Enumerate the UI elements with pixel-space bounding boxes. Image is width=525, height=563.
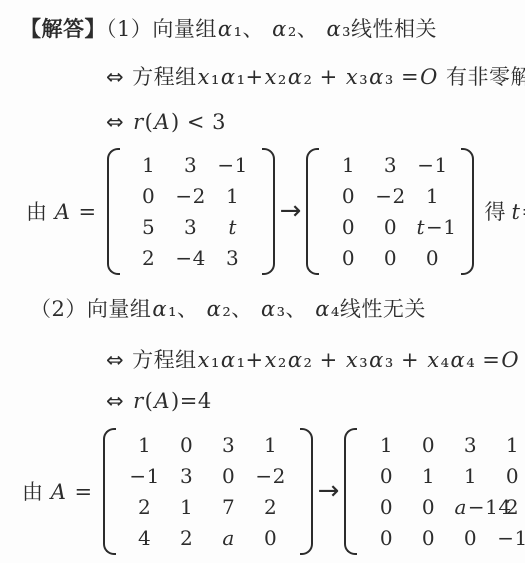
equiv2-label: 方程组 [132, 348, 197, 372]
equiv1-suffix: 有非零解 [446, 65, 525, 89]
iff-icon: ⇔ [106, 348, 124, 372]
matrix-cell: 0 [407, 495, 449, 519]
matrix-reduced-grid: 13−10−2100t−1000 [319, 148, 461, 275]
left-paren-icon [107, 148, 120, 275]
matrix-cell: 7 [208, 495, 250, 519]
section1-vector-list: α₁、 α₂、 α₃ [217, 17, 351, 41]
matrix-cell: −4 [170, 246, 212, 270]
row-reduce-arrow-icon: → [280, 196, 302, 226]
matrix-cell: 0 [369, 246, 411, 270]
matrix-original: 13−10−2153t2−43 [107, 148, 275, 275]
matrix-cell: −2 [369, 184, 411, 208]
matrix-cell: 2 [491, 495, 525, 519]
left-paren-icon [103, 428, 116, 555]
matrix-cell: 1 [250, 433, 292, 457]
right-paren-icon [461, 148, 474, 275]
section2-equiv1: ⇔方程组x₁α₁+x₂α₂ + x₃α₃ + x₄α₄ =O 只有零解 [106, 344, 525, 374]
solution-tag: 【解答】 [20, 16, 106, 41]
section2-matrix-line: 由 A = 1031−130−2217242a0 → 1031011000a−1… [22, 428, 525, 554]
matrix-original-grid: 1031−130−2217242a0 [116, 428, 300, 555]
section2-number: （2）向量组 [30, 297, 151, 321]
matrix-cell: 1 [124, 433, 166, 457]
section2-vector-list: α₁、 α₂、 α₃、 α₄ [151, 297, 339, 321]
section1-number: （1）向量组 [106, 17, 217, 41]
iff-icon: ⇔ [106, 110, 124, 134]
matrix-lhs: A = [50, 480, 93, 504]
matrix-lhs: A = [54, 200, 97, 224]
right-paren-icon [300, 428, 313, 555]
matrix-cell: 0 [128, 184, 170, 208]
matrix-cell: 0 [411, 246, 453, 270]
matrix-cell: t−1 [411, 215, 453, 239]
matrix-cell: 0 [407, 433, 449, 457]
equiv2-equation: x₁α₁+x₂α₂ + x₃α₃ + x₄α₄ =O [197, 348, 521, 372]
matrix-cell: −1 [491, 526, 525, 550]
matrix-cell: 0 [250, 526, 292, 550]
matrix-cell: 3 [449, 433, 491, 457]
matrix-cell: 0 [491, 464, 525, 488]
matrix-cell: 3 [170, 153, 212, 177]
matrix-cell: 3 [166, 464, 208, 488]
matrix-cell: −1 [212, 153, 254, 177]
matrix-cell: 3 [208, 433, 250, 457]
matrix-original: 1031−130−2217242a0 [103, 428, 313, 555]
matrix-cell: 0 [407, 526, 449, 550]
matrix-cell: a [208, 526, 250, 550]
iff-icon: ⇔ [106, 65, 124, 89]
matrix-cell: 4 [124, 526, 166, 550]
matrix-cell: 1 [407, 464, 449, 488]
matrix-cell: 0 [365, 526, 407, 550]
matrix-cell: 1 [128, 153, 170, 177]
section1-matrix-line: 由 A = 13−10−2153t2−43 → 13−10−2100t−1000… [26, 153, 525, 269]
matrix-cell: −2 [170, 184, 212, 208]
section2-heading: （2）向量组α₁、 α₂、 α₃、 α₄线性无关 [30, 293, 426, 323]
matrix-cell: 0 [327, 215, 369, 239]
matrix-cell: 1 [365, 433, 407, 457]
matrix-cell: 1 [327, 153, 369, 177]
right-paren-icon [262, 148, 275, 275]
matrix-cell: 0 [449, 526, 491, 550]
matrix-cell: 1 [212, 184, 254, 208]
matrix-cell: 0 [369, 215, 411, 239]
matrix-reduced: 1031011000a−142000−1 [344, 428, 525, 555]
section1-heading: 【解答】（1）向量组α₁、 α₂、 α₃线性相关 [20, 13, 437, 43]
section2-equiv2: ⇔r(A)=4 [106, 389, 212, 413]
matrix-cell: 1 [411, 184, 453, 208]
matrix-cell: 1 [491, 433, 525, 457]
matrix-cell: t [212, 215, 254, 239]
rank-condition: r(A) < 3 [132, 110, 226, 134]
section1-equiv1: ⇔方程组x₁α₁+x₂α₂ + x₃α₃ =O 有非零解 [106, 61, 525, 91]
matrix-cell: 2 [166, 526, 208, 550]
iff-icon: ⇔ [106, 389, 124, 413]
matrix-cell: −1 [124, 464, 166, 488]
matrix-cell: 0 [327, 246, 369, 270]
matrix-prefix: 由 A = [22, 476, 93, 506]
equiv1-label: 方程组 [132, 65, 197, 89]
matrix-reduced: 13−10−2100t−1000 [306, 148, 474, 275]
matrix-cell: a−14 [449, 495, 491, 519]
section1-conclusion: 得t=1 [484, 196, 525, 226]
matrix-cell: 3 [369, 153, 411, 177]
section1-heading-suffix: 线性相关 [351, 17, 437, 41]
matrix-cell: −2 [250, 464, 292, 488]
matrix-cell: 0 [208, 464, 250, 488]
t-value: t=1 [510, 200, 525, 224]
matrix-cell: 3 [212, 246, 254, 270]
matrix-cell: 1 [449, 464, 491, 488]
solution-document: 【解答】（1）向量组α₁、 α₂、 α₃线性相关 ⇔方程组x₁α₁+x₂α₂ +… [0, 0, 525, 563]
matrix-cell: 2 [124, 495, 166, 519]
matrix-cell: 3 [170, 215, 212, 239]
matrix-cell: 5 [128, 215, 170, 239]
matrix-cell: 2 [128, 246, 170, 270]
matrix-cell: 0 [327, 184, 369, 208]
matrix-cell: 1 [166, 495, 208, 519]
matrix-prefix: 由 A = [26, 196, 97, 226]
matrix-cell: −1 [411, 153, 453, 177]
matrix-cell: 0 [166, 433, 208, 457]
left-paren-icon [306, 148, 319, 275]
matrix-original-grid: 13−10−2153t2−43 [120, 148, 262, 275]
matrix-cell: 2 [250, 495, 292, 519]
equiv1-equation: x₁α₁+x₂α₂ + x₃α₃ =O [197, 65, 439, 89]
matrix-reduced-grid: 1031011000a−142000−1 [357, 428, 525, 555]
matrix-cell: 0 [365, 464, 407, 488]
section1-equiv2: ⇔r(A) < 3 [106, 110, 226, 134]
row-reduce-arrow-icon: → [318, 476, 340, 506]
matrix-cell: 0 [365, 495, 407, 519]
rank-condition: r(A)=4 [132, 389, 212, 413]
section2-heading-suffix: 线性无关 [340, 297, 426, 321]
left-paren-icon [344, 428, 357, 555]
